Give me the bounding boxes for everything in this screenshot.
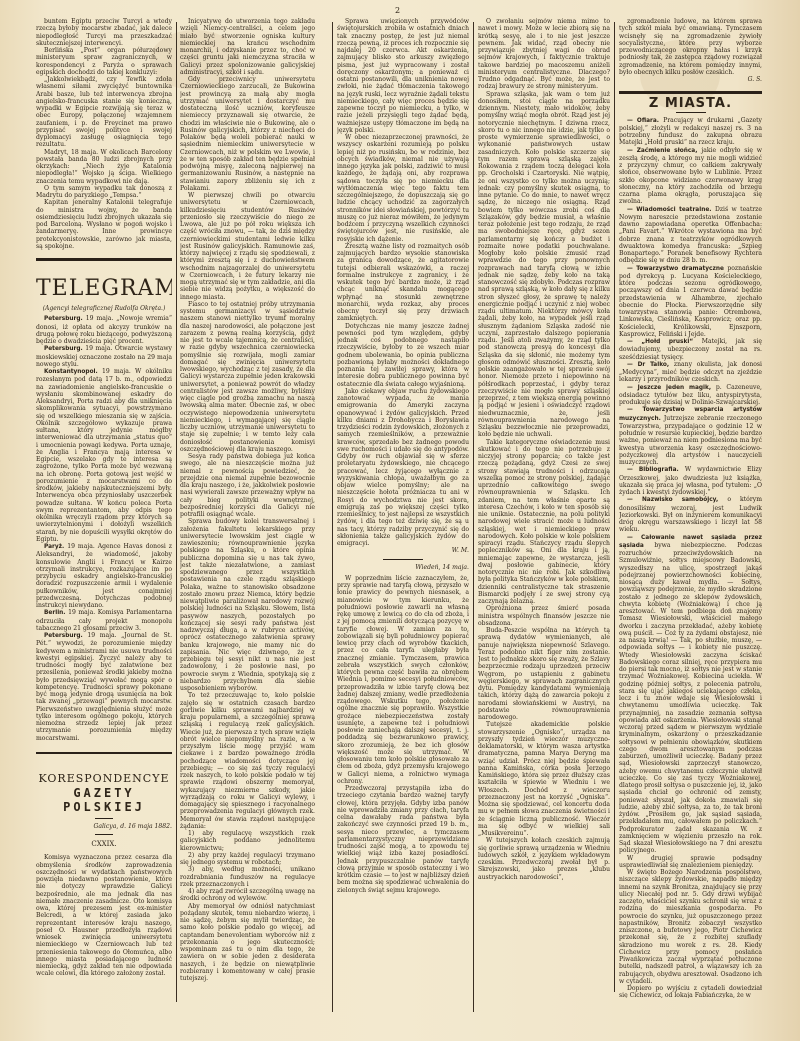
item-text: jakie odbyło się w zeszłą środę, a które… bbox=[619, 147, 762, 206]
article-lviv-trial: Sprawa uwięzionych przywódców świętojurs… bbox=[337, 18, 469, 547]
news-item: — Dr Talko, znany okulista, jak donosi „… bbox=[619, 361, 762, 384]
paragraph: 3) aby, według możności, unikano rozdrab… bbox=[180, 866, 315, 888]
news-item: — Towarzystwo dramatyczne poznańskie pod… bbox=[619, 265, 762, 339]
column-1: buntem Egiptu przeciw Turcyi a wtedy rze… bbox=[36, 18, 172, 978]
telegram-item: Petersburg. 19 maja. Otwarcie wystawy mo… bbox=[36, 345, 172, 368]
correspondence-heading: KORESPONDENCYE bbox=[36, 772, 172, 786]
dateline: Wiedeń, 14 maja. bbox=[337, 564, 469, 571]
telegram-item: Konstantynopol. 19 maja. W okólniku roze… bbox=[36, 368, 172, 543]
paragraph: Sprawa budowy kolei transwersalnej i zał… bbox=[180, 518, 315, 692]
news-item-title: — Bibliografia. bbox=[627, 467, 685, 473]
short-divider bbox=[383, 559, 423, 560]
paragraph: W obec niezaprzeczonej prawności, że wsz… bbox=[337, 134, 469, 243]
telegram-item: Petersburg. 19 maja. „Nowoje wremia“ don… bbox=[36, 315, 172, 345]
article-galicia: Komisya wyznaczona przez cesarza dla obm… bbox=[36, 854, 172, 978]
short-divider bbox=[95, 818, 113, 819]
paragraph: Uniwersytet czerniowiecki został założon… bbox=[36, 978, 172, 979]
letter-number: CXXIX. bbox=[36, 841, 172, 848]
news-item: Dopiero po wyjściu z cytadeli dowiedział… bbox=[619, 985, 762, 998]
news-item-title: — „Hołd pruski“ bbox=[627, 339, 702, 345]
paragraph: 4) aby rząd zwrócił szczególną uwagę na … bbox=[180, 888, 315, 903]
paragraph: Komisya wyznaczona przez cesarza dla obm… bbox=[36, 854, 172, 977]
news-item: — Zaćmienie słońca, jakie odbyło się w z… bbox=[619, 147, 762, 206]
city-news-list: — Ofiara. Pracujący w drukarni „Gazety p… bbox=[619, 117, 762, 999]
item-text: bywa niebezpieczne. Podczas rozruchów pr… bbox=[619, 542, 762, 855]
telegrams-heading: TELEGRAMY. bbox=[36, 277, 172, 301]
item-text: 19 maja. Agence Havas donosi z Aleksandr… bbox=[36, 543, 172, 609]
news-item-title: — Wiadomości teatralne. bbox=[627, 207, 715, 213]
paragraph: Buda-Peszcie wspólna na których tą spraw… bbox=[478, 627, 610, 721]
telegrams-source: (Agencyi telegraficznej Rudolfa Okręta.) bbox=[36, 305, 172, 312]
paragraph: Sprawa uwięzionych przywódców świętojurs… bbox=[337, 18, 469, 134]
news-item-title: — Ofiara. bbox=[627, 118, 663, 124]
correspondence-subheading: GAZETY POLSKIEJ bbox=[36, 786, 172, 814]
article-vienna-continued: O zwołaniu sejmów niema mimo to nawet i … bbox=[478, 18, 610, 881]
telegrams-list: Petersburg. 19 maja. „Nowoje wremia“ don… bbox=[36, 315, 172, 742]
paragraph: Takie kategoryczne oświadczenie musi sku… bbox=[478, 439, 610, 606]
paragraph: Opróżniona przez śmierć posada ministra … bbox=[478, 605, 610, 627]
author-signature: W. M. bbox=[337, 547, 469, 554]
paragraph: buntem Egiptu przeciw Turcyi a wtedy rze… bbox=[36, 18, 172, 47]
telegram-place: Berlin. bbox=[44, 610, 68, 616]
column-4: O zwołaniu sejmów niema mimo to nawet i … bbox=[478, 18, 610, 1018]
article-czech-schools: zgromadzenie ludowe, na którem sprawa ty… bbox=[619, 18, 762, 76]
item-text: 19 maja. „Journal de St. Pét.“ wywodzi, … bbox=[36, 632, 172, 742]
paragraph: Fiasco to tej ostatniej próby utrzymania… bbox=[180, 301, 315, 453]
news-item-title: — Towarzystwo dramatyczne bbox=[627, 266, 727, 272]
item-text: poznańskie pod dyrekcyą p. Lucyana Kości… bbox=[619, 265, 762, 338]
dateline: Galicya, d. 16 maja 1882. bbox=[36, 823, 172, 830]
paragraph: O tym samym wypadku tak donoszą z Madryt… bbox=[36, 185, 172, 200]
telegram-place: Petersburg. bbox=[44, 316, 86, 322]
column-3: Sprawa uwięzionych przywódców świętojurs… bbox=[337, 18, 469, 1018]
item-text: Dziś w teatrze Nowym nareszcie przedstaw… bbox=[619, 206, 762, 265]
news-item: — Towarzystwo wsparcia artystów muzyczny… bbox=[619, 406, 762, 466]
short-divider bbox=[95, 834, 113, 835]
paragraph: Tutejsze akademickie polskie stowarzysze… bbox=[478, 721, 610, 837]
paragraph: Zresztą ważne listy od rozmaitych osób z… bbox=[337, 243, 469, 323]
column-2: Inicyatywę do utworzenia tego zakładu wz… bbox=[180, 18, 315, 1013]
paragraph: O zwołaniu sejmów niema mimo to nawet i … bbox=[478, 18, 610, 91]
short-divider bbox=[676, 112, 706, 113]
news-item: — Całowanie nawet sąsiada przez sąsiada … bbox=[619, 534, 762, 855]
paragraph: Gdy przeciwnicy uniwersytetu Czerniowiec… bbox=[180, 76, 315, 192]
paragraph: 2) aby przy każdej regulacyi trzymano si… bbox=[180, 852, 315, 867]
news-item: — Wiadomości teatralne. Dziś w teatrze N… bbox=[619, 206, 762, 265]
section-divider bbox=[36, 752, 172, 754]
paragraph: Berlińska „Post“ organ półurzędowy minis… bbox=[36, 47, 172, 76]
item-text: W święto Bożego Narodzenia pospólstwo, n… bbox=[619, 869, 762, 985]
paragraph: Aby memoryał ów odniósł natychmiast pożą… bbox=[180, 903, 315, 983]
paragraph: Przedwczoraj przystąpiła izba do trzecie… bbox=[337, 785, 469, 894]
paragraph: W tutejszych kołach czeskich zajmują się… bbox=[478, 837, 610, 881]
paragraph: Dotychczas nie mamy jeszcze żadnej pewno… bbox=[337, 323, 469, 388]
telegram-place: Petersburg. bbox=[44, 346, 85, 352]
article-galicia-continued: Inicyatywę do utworzenia tego zakładu wz… bbox=[180, 18, 315, 982]
item-text: W drugiej sprawie podsądny usprawiedliwi… bbox=[619, 855, 762, 869]
author-signature: G. S. bbox=[619, 76, 762, 83]
paragraph: zgromadzenie ludowe, na którem sprawa ty… bbox=[619, 18, 762, 76]
section-divider bbox=[619, 91, 762, 94]
paragraph: Jako ciekawy objaw ruchu żydowskiego zan… bbox=[337, 388, 469, 548]
news-item-title: — Zaćmienie słońca, bbox=[627, 148, 701, 154]
paragraph: W poprzednim liście zaznaczyłem, że, prz… bbox=[337, 575, 469, 785]
telegram-place: Konstantynopol. bbox=[44, 369, 102, 375]
paragraph: Kapitan jeneralny Katalonii telegrafuje … bbox=[36, 199, 172, 250]
news-item: — Jeszcze jeden magik, p. Cazeneuve, ods… bbox=[619, 384, 762, 407]
section-divider bbox=[36, 258, 172, 261]
news-item: — „Hołd pruski“ Matejki, jak się dowiadu… bbox=[619, 338, 762, 361]
newspaper-page: 2 buntem Egiptu przeciw Turcyi a wtedy r… bbox=[0, 0, 800, 1041]
news-item: — Bibliografia. W wydawnictwie Elizy Orz… bbox=[619, 466, 762, 496]
news-item-title: — Dr Talko, bbox=[627, 362, 674, 368]
paragraph: Inicyatywę do utworzenia tego zakładu wz… bbox=[180, 18, 315, 76]
paragraph: Madryt, 18 maja. W okolicach Barcelony p… bbox=[36, 149, 172, 185]
news-item: W drugiej sprawie podsądny usprawiedliwi… bbox=[619, 855, 762, 870]
column-rule bbox=[473, 22, 474, 1012]
news-item-title: — Jeszcze jeden magik, bbox=[627, 385, 716, 391]
telegram-item: Petersburg. 19 maja. „Journal de St. Pét… bbox=[36, 632, 172, 742]
telegram-place: Paryż. bbox=[44, 544, 67, 550]
paragraph: To też przeczuwając to, koło polskie zaj… bbox=[180, 692, 315, 830]
telegram-place: Petersburg. bbox=[44, 633, 87, 639]
column-rule bbox=[176, 22, 177, 1002]
city-news-heading: Z MIASTA. bbox=[619, 100, 762, 107]
column-rule bbox=[614, 22, 615, 992]
telegram-item: Berlin. 19 maja. Komisya Parlamentarna o… bbox=[36, 609, 172, 632]
paragraph: Sesya rady państwa dobiega już końca swe… bbox=[180, 453, 315, 518]
item-text: Dopiero po wyjściu z cytadeli dowiedział… bbox=[619, 985, 762, 998]
article-vienna: W poprzednim liście zaznaczyłem, że, prz… bbox=[337, 575, 469, 894]
paragraph: „Jakkolwiekbądź, czy Tewfik zdoła własne… bbox=[36, 76, 172, 149]
article-egypt: buntem Egiptu przeciw Turcyi a wtedy rze… bbox=[36, 18, 172, 250]
column-rule bbox=[332, 22, 333, 1012]
column-5: zgromadzenie ludowe, na którem sprawa ty… bbox=[619, 18, 762, 998]
item-text: 19 maja. W okólniku rozesłanym pod datą … bbox=[36, 368, 172, 543]
news-item: — Ofiara. Pracujący w drukarni „Gazety p… bbox=[619, 117, 762, 147]
paragraph: 1) aby regulacyę wszystkich rzek galicyj… bbox=[180, 830, 315, 852]
paragraph: Sprawa szląska, jak wam o tem już donosi… bbox=[478, 91, 610, 439]
item-text: Jutrzejsze zebranie rzeczonego Towarzyst… bbox=[619, 415, 762, 467]
paragraph: W pierwszej chwili po otwarciu uniwersyt… bbox=[180, 192, 315, 301]
news-item-title: — Nazwisko samobójcy, bbox=[627, 497, 727, 503]
news-item: W święto Bożego Narodzenia pospólstwo, n… bbox=[619, 869, 762, 985]
news-item: — Nazwisko samobójcy, o którym donosiliś… bbox=[619, 496, 762, 533]
page-number: 2 bbox=[395, 6, 400, 15]
telegram-item: Paryż. 19 maja. Agence Havas donosi z Al… bbox=[36, 543, 172, 609]
